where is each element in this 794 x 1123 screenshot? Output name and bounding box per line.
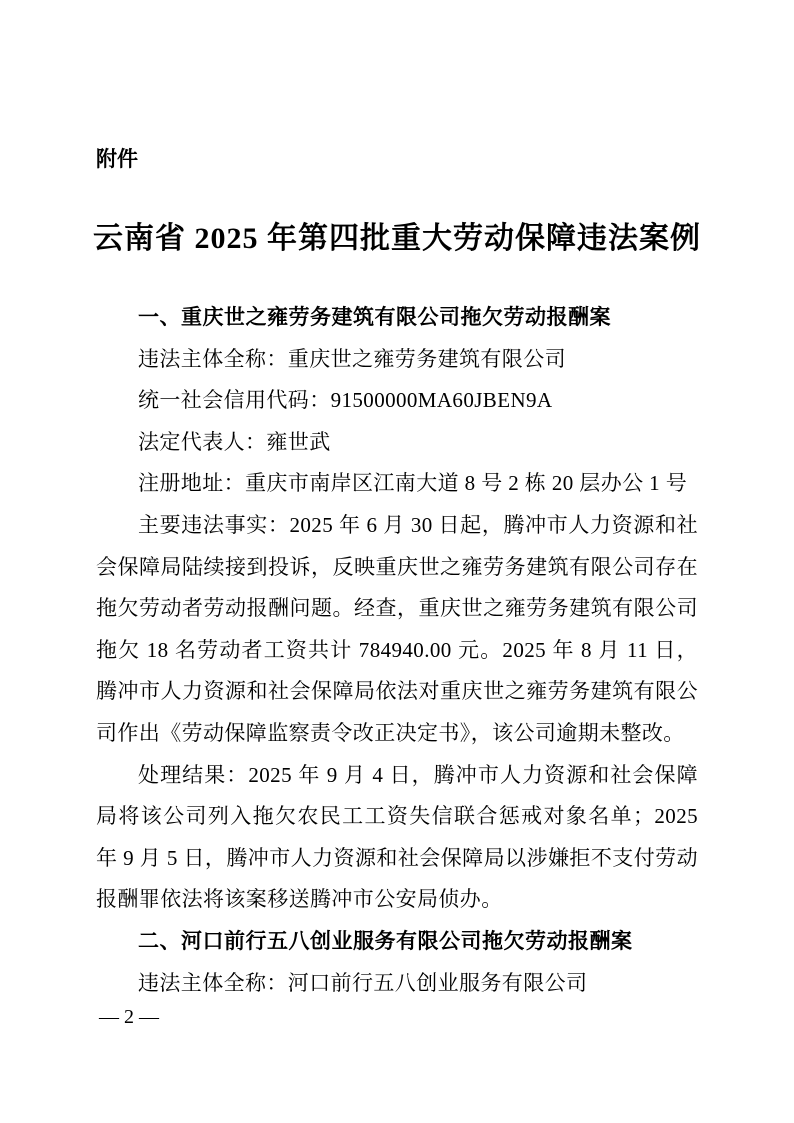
- case-1-registered-address: 注册地址：重庆市南岸区江南大道 8 号 2 栋 20 层办公 1 号: [96, 463, 698, 505]
- case-1-heading: 一、重庆世之雍劳务建筑有限公司拖欠劳动报酬案: [96, 297, 698, 339]
- document-title: 云南省 2025 年第四批重大劳动保障违法案例: [48, 219, 746, 259]
- case-1-violation-facts: 主要违法事实：2025 年 6 月 30 日起，腾冲市人力资源和社会保障局陆续接…: [96, 505, 698, 755]
- attachment-label: 附件: [96, 147, 138, 173]
- case-1-credit-code: 统一社会信用代码：91500000MA60JBEN9A: [96, 380, 698, 422]
- case-1-handling-result: 处理结果：2025 年 9 月 4 日，腾冲市人力资源和社会保障局将该公司列入拖…: [96, 755, 698, 921]
- case-2-entity-name: 违法主体全称：河口前行五八创业服务有限公司: [96, 963, 698, 1005]
- document-page: 附件 云南省 2025 年第四批重大劳动保障违法案例 一、重庆世之雍劳务建筑有限…: [0, 0, 794, 1123]
- case-2-heading: 二、河口前行五八创业服务有限公司拖欠劳动报酬案: [96, 921, 698, 963]
- case-1-entity-name: 违法主体全称：重庆世之雍劳务建筑有限公司: [96, 339, 698, 381]
- document-body: 一、重庆世之雍劳务建筑有限公司拖欠劳动报酬案 违法主体全称：重庆世之雍劳务建筑有…: [96, 297, 698, 1004]
- page-number: — 2 —: [99, 1003, 159, 1031]
- case-1-legal-representative: 法定代表人：雍世武: [96, 422, 698, 464]
